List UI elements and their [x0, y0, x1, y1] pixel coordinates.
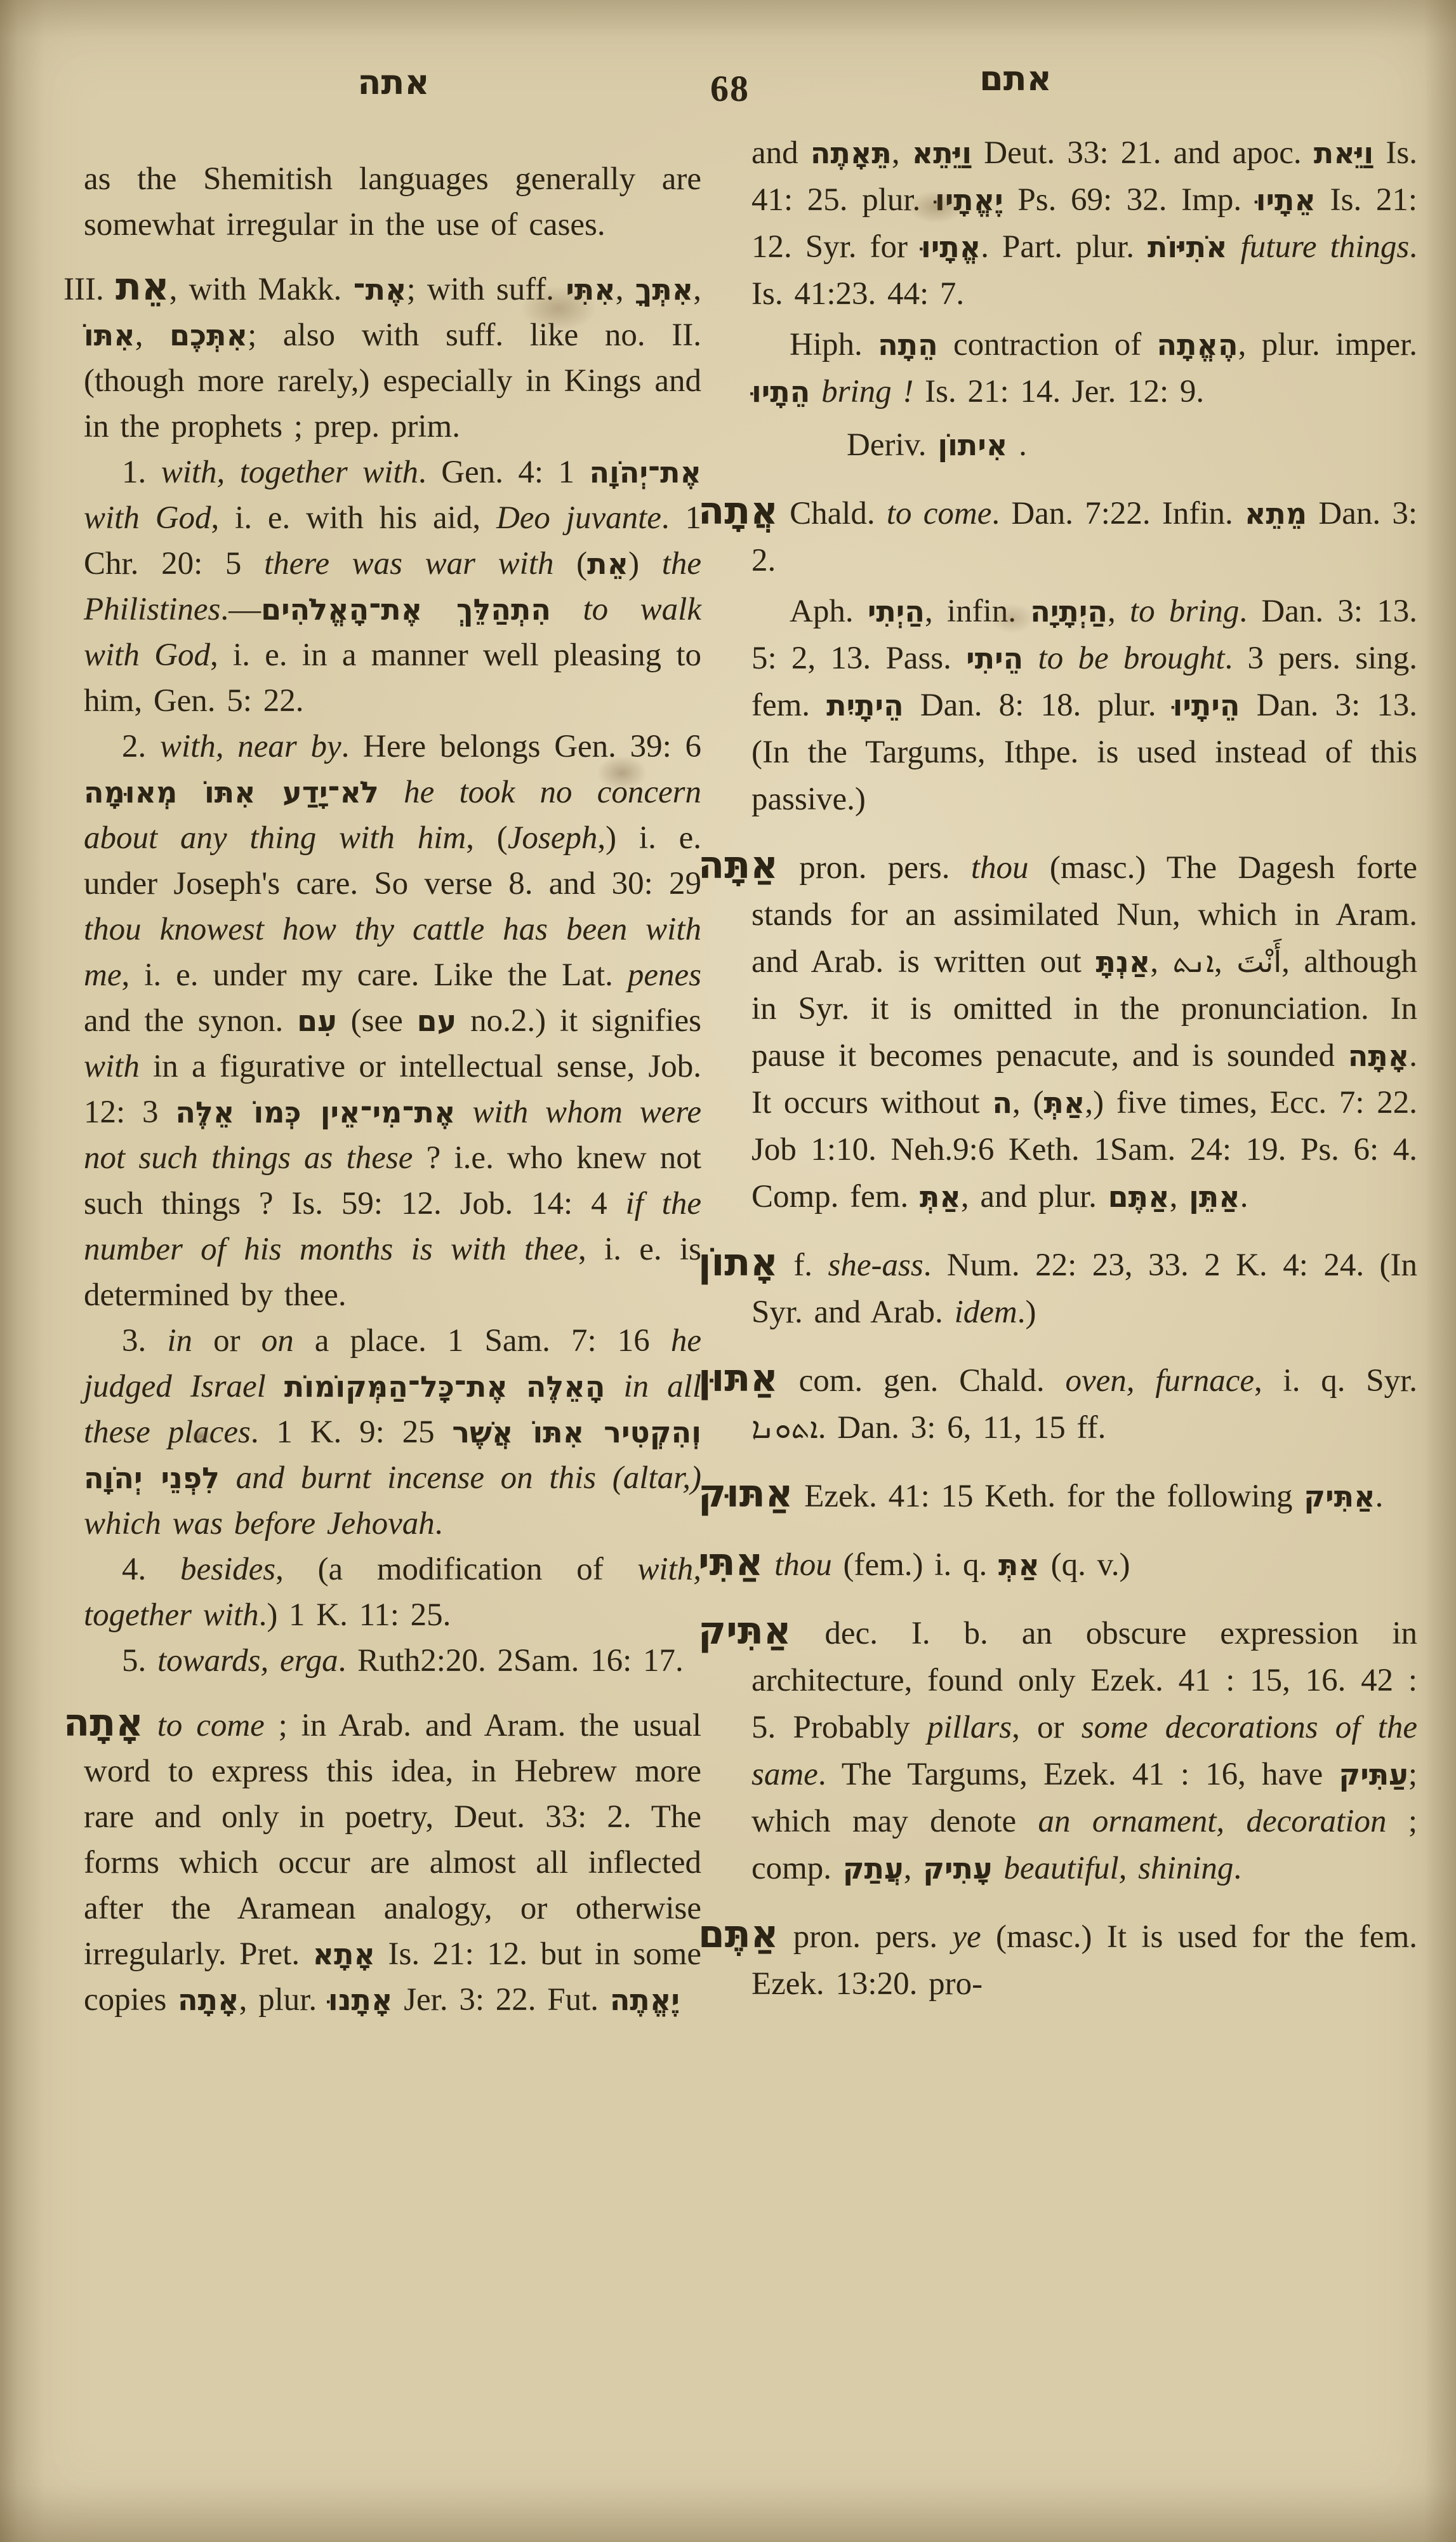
italic-gloss: on — [261, 1323, 294, 1359]
text-run: . Gen. 4: 1 — [418, 455, 589, 490]
hebrew-text: ה — [992, 1086, 1012, 1120]
text-run: (see — [337, 1003, 417, 1039]
text-run: , plur. imper. — [1238, 327, 1417, 363]
text-run — [220, 1460, 236, 1496]
text-run: . — [1375, 1479, 1384, 1514]
paragraph: Hiph. הֵתָה contraction of הֶאֱתָה, plur… — [698, 321, 1417, 415]
hebrew-text: אַנְתָּ — [1095, 945, 1150, 979]
text-run: 4. — [122, 1552, 180, 1587]
text-run: ; with suff. — [407, 272, 566, 307]
hebrew-text: הֵיתָיִת — [826, 688, 904, 722]
hebrew-text: אֶת־כָּל־הַמְּקוֹמוֹת — [284, 1369, 508, 1404]
text-run — [551, 592, 583, 627]
italic-gloss: Deo juvante — [496, 500, 661, 536]
syriac-text: ܐܢܬ — [1173, 945, 1214, 979]
italic-gloss: pillars — [927, 1710, 1012, 1745]
italic-gloss: there was war with — [264, 546, 553, 582]
hebrew-text: אִתְּכֶם — [169, 318, 248, 352]
text-run: . — [1240, 1179, 1248, 1214]
syriac-text: ܐܬܘܢܐ — [751, 1411, 818, 1445]
lexicon-entry-paragraph: אֲתָה Chald. to come. Dan. 7:22. Infin. … — [698, 488, 1417, 584]
text-run: , i. e. with his aid, — [211, 500, 496, 536]
text-run — [143, 1708, 157, 1743]
hebrew-text: אַתְּ — [998, 1548, 1040, 1582]
text-run: . Dan. 7:22. Infin. — [991, 496, 1245, 531]
text-run: Deriv. — [847, 427, 937, 463]
hebrew-text: הָאֵלֶּה — [526, 1369, 606, 1404]
hebrew-text: אֶת־יְהֹוָה — [589, 455, 701, 489]
text-run: pron. pers. — [778, 1919, 952, 1955]
text-run: , i. q. Syr. — [1254, 1363, 1417, 1399]
italic-gloss: to bring — [1130, 594, 1239, 629]
text-run: . — [1007, 427, 1027, 463]
hebrew-headword: אַתָּה — [698, 843, 778, 888]
hebrew-text: הַיְתָיָה — [1030, 594, 1108, 629]
lexicon-entry-paragraph: III. אֵת, with Makk. אֶת־; with suff. אִ… — [63, 264, 701, 449]
text-run: Ps. 69: 32. Imp. — [1003, 182, 1256, 218]
arabic-text: أَنْتَ — [1236, 945, 1281, 979]
italic-gloss: in — [167, 1323, 192, 1359]
hebrew-headword: אַתֶּם — [698, 1912, 778, 1957]
italic-gloss: to come — [887, 496, 991, 531]
text-run — [1228, 229, 1241, 265]
hebrew-headword: אַתִּי — [698, 1540, 763, 1585]
hebrew-text: אֹתִיּוֹת — [1148, 230, 1228, 264]
text-run: Chald. — [778, 496, 887, 531]
italic-gloss: besides — [180, 1552, 275, 1587]
hebrew-headword: אֲתָה — [698, 489, 778, 533]
text-run: ) — [628, 546, 662, 582]
text-run: ( — [554, 546, 588, 582]
page-number: 68 — [670, 67, 790, 110]
italic-gloss: with, together with — [161, 455, 418, 490]
italic-gloss: idem — [955, 1294, 1017, 1330]
hebrew-text: אֱתָיוּ — [921, 230, 981, 264]
hebrew-text: עם — [417, 1004, 457, 1038]
hebrew-text: אֵת — [587, 547, 628, 581]
text-run: , plur. — [239, 1982, 328, 2018]
paragraph: as the Shemitish languages generally are… — [63, 156, 701, 248]
text-run — [763, 1547, 774, 1583]
italic-gloss: ye — [952, 1919, 981, 1955]
hebrew-text: הִתְהַלֵּךְ אֶת־הָאֱלֹהִים — [261, 592, 551, 627]
italic-gloss: to be brought — [1038, 641, 1225, 676]
hebrew-text: עָתִיק — [923, 1851, 992, 1886]
italic-gloss: with God — [84, 500, 211, 536]
hebrew-text: אִתְּךָ — [635, 272, 693, 307]
italic-gloss: to come — [157, 1708, 265, 1743]
italic-gloss: with — [84, 1049, 140, 1084]
text-run: . 1 K. 9: 25 — [251, 1414, 452, 1450]
hebrew-text: עַתִּיק — [1339, 1757, 1408, 1792]
lexicon-entry-paragraph: אַתִּי thou (fem.) i. q. אַתְּ (q. v.) — [698, 1539, 1417, 1588]
hebrew-text: אֶת־מִי־אֵין כְּמוֹ אֵלֶּה — [175, 1095, 455, 1129]
hebrew-text: וַיֵּאת — [1314, 136, 1373, 170]
hebrew-text: עֲתַק — [843, 1851, 904, 1886]
lexicon-entry-paragraph: אַתָּה pron. pers. thou (masc.) The Dage… — [698, 842, 1417, 1220]
text-run: Jer. 3: 22. Fut. — [392, 1982, 609, 2018]
text-run: .) 1 K. 11: 25. — [259, 1597, 451, 1633]
lexicon-entry-paragraph: אַתִּיק dec. I. b. an obscure expression… — [698, 1607, 1417, 1892]
italic-gloss: an ornament, decoration — [1038, 1804, 1387, 1839]
text-run: , — [1214, 944, 1236, 980]
hebrew-text: הַיְתִי — [868, 594, 925, 629]
hebrew-headword: אָתוֹן — [698, 1241, 778, 1285]
lexicon-entry-paragraph: אַתֶּם pron. pers. ye (masc.) It is used… — [698, 1911, 1417, 2007]
hebrew-text: אֵתָיוּ — [1256, 183, 1316, 217]
text-run: , — [1150, 944, 1172, 980]
hebrew-text: אַתְּ — [920, 1180, 961, 1214]
text-run: Hiph. — [790, 327, 878, 363]
italic-gloss: future things — [1241, 229, 1410, 265]
hebrew-text: אַתְּ — [1043, 1086, 1085, 1120]
text-run: , or — [1012, 1710, 1082, 1745]
hebrew-text: מֵתֵא — [1245, 496, 1307, 531]
text-run: , infin. — [925, 594, 1030, 629]
hebrew-text: יֶאֱתֶה — [610, 1983, 680, 2017]
hebrew-text: אִתּוֹ — [84, 318, 135, 352]
text-run: , and plur. — [961, 1179, 1108, 1214]
text-run: , — [892, 135, 912, 171]
text-run: . — [1233, 1851, 1241, 1886]
hebrew-text: הֵיתָיוּ — [1173, 688, 1240, 722]
text-run: Is. 21: 14. Jer. 12: 9. — [913, 374, 1204, 409]
text-run: . Dan. 3: 6, 11, 15 ff. — [818, 1410, 1106, 1446]
italic-gloss: beautiful, shining — [1003, 1851, 1233, 1886]
text-run: Aph. — [790, 594, 868, 629]
text-run: (q. v.) — [1040, 1547, 1130, 1583]
text-run: .— — [220, 592, 261, 627]
text-run: , with Makk. — [169, 272, 354, 307]
text-run: as the Shemitish languages generally are… — [84, 161, 701, 243]
hebrew-text: לֹא־יָדַע אִתּוֹ מְאוּמָה — [84, 775, 379, 809]
hebrew-text: יֶאֱתָיוּ — [935, 183, 1003, 217]
text-run: 3. — [122, 1323, 167, 1359]
paragraph: 4. besides, (a modification of with, tog… — [63, 1547, 701, 1638]
italic-gloss: with, near by — [160, 729, 341, 764]
text-run: f. — [778, 1248, 828, 1283]
text-run — [993, 1851, 1004, 1886]
text-run: . — [435, 1506, 443, 1541]
text-run — [605, 1369, 623, 1404]
right-column: and תֵּאָתֶה, וַיֵּתֵא Deut. 33: 21. and… — [698, 130, 1417, 2007]
text-run — [508, 1369, 526, 1404]
scanned-lexicon-page: אתה 68 אתם as the Shemitish languages ge… — [0, 0, 1456, 2542]
hebrew-text: אַתֶּם — [1108, 1180, 1170, 1214]
text-run: com. gen. Chald. — [778, 1363, 1066, 1399]
lexicon-entry-paragraph: אַתּוּק Ezek. 41: 15 Keth. for the follo… — [698, 1470, 1417, 1520]
text-run: contraction of — [938, 327, 1157, 363]
text-run: ; in Arab. and Aram. the usual word to e… — [84, 1708, 701, 1972]
hebrew-text: תֵּאָתֶה — [811, 136, 892, 170]
italic-gloss: thou — [971, 850, 1029, 886]
text-run: , (a modification of — [275, 1552, 637, 1587]
text-run: III. — [63, 272, 116, 307]
hebrew-text: אָתָה — [178, 1983, 239, 2017]
text-run: , — [1108, 594, 1130, 629]
text-run: Dan. 8: 18. plur. — [904, 688, 1173, 723]
hebrew-text: אִתִּי — [566, 272, 615, 307]
italic-gloss: she-ass — [828, 1248, 923, 1283]
hebrew-text: אֶת־ — [354, 272, 407, 307]
italic-gloss: penes — [628, 957, 701, 993]
text-run — [810, 374, 821, 409]
lexicon-entry-paragraph: אַתּוּן com. gen. Chald. oven, furnace, … — [698, 1355, 1417, 1451]
text-run — [455, 1095, 472, 1130]
running-head-left: אתה — [292, 62, 495, 102]
italic-gloss: thou — [774, 1547, 832, 1583]
hebrew-text: הֵיתִי — [966, 641, 1023, 675]
text-run: , — [1170, 1179, 1189, 1214]
hebrew-text: אָתָּה — [1348, 1039, 1410, 1073]
paragraph: and תֵּאָתֶה, וַיֵּתֵא Deut. 33: 21. and… — [698, 130, 1417, 317]
hebrew-text: אָתָא — [313, 1937, 375, 1971]
hebrew-text: אִיתוֹן — [937, 428, 1007, 462]
paragraph: 3. in or on a place. 1 Sam. 7: 16 he jud… — [63, 1318, 701, 1547]
text-run: . The Targums, Ezek. 41 : 16, have — [818, 1757, 1339, 1792]
hebrew-headword: אַתּוּק — [698, 1472, 793, 1516]
hebrew-text: וַיֵּתֵא — [912, 136, 972, 170]
hebrew-text: עִם — [297, 1004, 337, 1038]
text-run: no.2.) it signifies — [456, 1003, 701, 1039]
text-run: 1. — [122, 455, 161, 490]
hebrew-text: הֵתָה — [878, 328, 938, 362]
text-run — [266, 1369, 284, 1404]
italic-gloss: oven, furnace — [1065, 1363, 1254, 1399]
hebrew-headword: אָתָה — [63, 1701, 143, 1745]
text-run: .) — [1017, 1294, 1036, 1330]
left-column: as the Shemitish languages generally are… — [63, 156, 701, 2023]
hebrew-headword: אַתִּיק — [698, 1609, 791, 1653]
text-run: pron. pers. — [778, 850, 971, 886]
hebrew-headword: אַתּוּן — [698, 1356, 778, 1401]
text-run: , ( — [1012, 1085, 1044, 1121]
paragraph: 2. with, near by. Here belongs Gen. 39: … — [63, 724, 701, 1318]
italic-gloss: Joseph — [508, 820, 598, 856]
hebrew-text: אָתָנוּ — [328, 1983, 393, 2017]
text-run — [379, 775, 404, 810]
text-run: , — [135, 317, 169, 353]
paragraph: Deriv. אִיתוֹן . — [698, 422, 1417, 469]
paragraph: Aph. הַיְתִי, infin. הַיְתָיָה, to bring… — [698, 588, 1417, 823]
text-run: . Here belongs Gen. 39: 6 — [341, 729, 701, 764]
text-run: Deut. 33: 21. and apoc. — [972, 135, 1314, 171]
hebrew-text: הֶאֱתָה — [1157, 328, 1238, 362]
paragraph: 5. towards, erga. Ruth2:20. 2Sam. 16: 17… — [63, 1638, 701, 1684]
text-run: 5. — [122, 1643, 157, 1679]
text-run: . Part. plur. — [981, 229, 1148, 265]
lexicon-entry-paragraph: אָתָה to come ; in Arab. and Aram. the u… — [63, 1700, 701, 2023]
text-run: and — [751, 135, 811, 171]
text-run — [1023, 641, 1038, 676]
italic-gloss: towards, erga — [157, 1643, 338, 1679]
text-run: 2. — [122, 729, 160, 764]
text-run: , — [616, 272, 635, 307]
text-run: or — [192, 1323, 261, 1359]
paragraph: 1. with, together with. Gen. 4: 1 אֶת־יְ… — [63, 449, 701, 724]
running-head-right: אתם — [914, 58, 1117, 98]
text-run: Ezek. 41: 15 Keth. for the following — [793, 1479, 1304, 1514]
hebrew-text: הֵתָיוּ — [751, 375, 810, 409]
text-run: a place. 1 Sam. 7: 16 — [294, 1323, 671, 1359]
text-run: , — [904, 1851, 923, 1886]
hebrew-text: אַתִּיק — [1304, 1479, 1375, 1514]
text-run: , ( — [466, 820, 508, 856]
text-run: and the synon. — [84, 1003, 297, 1039]
text-run: . Ruth2:20. 2Sam. 16: 17. — [338, 1643, 684, 1679]
italic-gloss: bring ! — [821, 374, 913, 409]
lexicon-entry-paragraph: אָתוֹן f. she-ass. Num. 22: 23, 33. 2 K.… — [698, 1239, 1417, 1336]
text-run: , i. e. under my care. Like the Lat. — [121, 957, 627, 993]
text-run: (fem.) i. q. — [832, 1547, 998, 1583]
hebrew-text: אַתֵּן — [1189, 1180, 1240, 1214]
hebrew-headword: אֵת — [116, 265, 169, 309]
